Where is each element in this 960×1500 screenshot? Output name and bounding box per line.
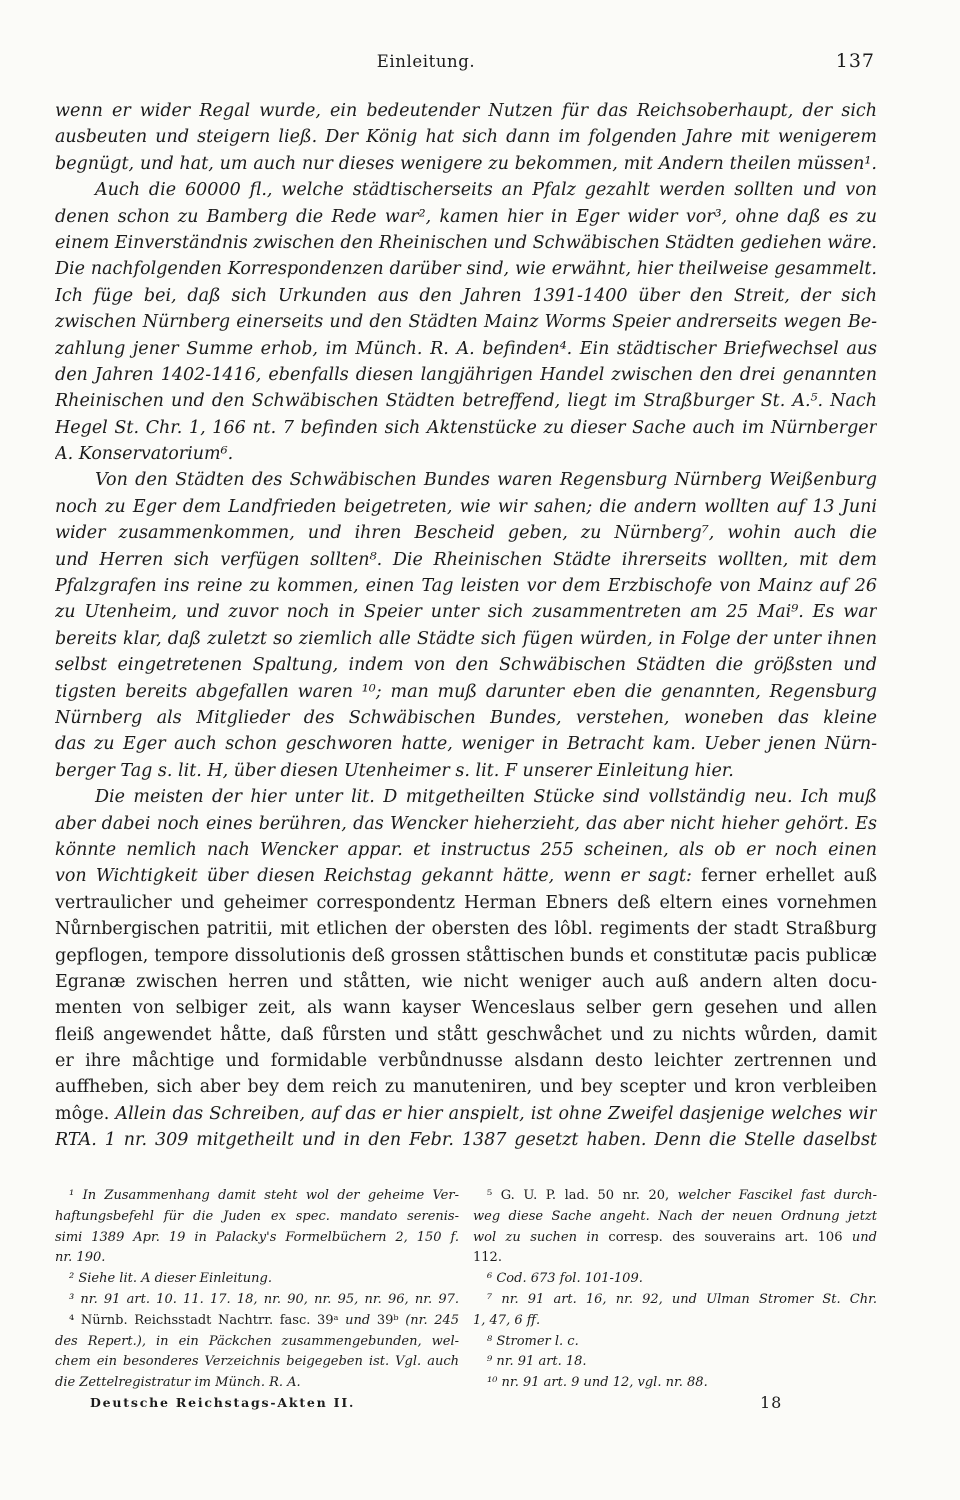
text-line: 20zu Utenheim, und zuvor noch in Speier … xyxy=(55,599,877,625)
italic-text-run: nr. 190. xyxy=(55,1250,105,1265)
text-line: einem Einverständnis zwischen den Rheini… xyxy=(55,230,877,256)
roman-text-run: 39ᵇ xyxy=(377,1313,405,1328)
roman-text-run: menten von selbiger zeit, als wann kayse… xyxy=(55,998,877,1018)
book-page: Einleitung. 137 wenn er wider Regal wurd… xyxy=(0,0,960,1500)
text-line: tigsten bereits abgefallen waren ¹⁰; man… xyxy=(55,679,877,705)
text-line: weg diese Sache angeht. Nach der neuen O… xyxy=(473,1207,877,1228)
roman-text-run: Nůrnbergischen patritii, mit etlichen de… xyxy=(55,919,877,939)
text-line: noch zu Eger dem Landfrieden beigetreten… xyxy=(55,494,877,520)
text-line: Rheinischen und den Schwäbischen Städten… xyxy=(55,388,877,414)
text-line: fleiß angewendet håtte, daß fůrsten und … xyxy=(55,1022,877,1048)
italic-text-run: und Herren sich verfügen sollten⁸. Die R… xyxy=(55,550,877,570)
italic-text-run: aber dabei noch eines berühren, das Wenc… xyxy=(55,814,877,834)
italic-text-run: Ich füge bei, daß sich Urkunden aus den … xyxy=(55,286,877,306)
italic-text-run: zahlung jener Summe erhob, im Münch. R. … xyxy=(55,339,877,359)
text-line: 112. xyxy=(473,1248,877,1269)
italic-text-run: ⁷ nr. 91 art. 16, nr. 92, und Ulman Stro… xyxy=(487,1292,877,1307)
italic-text-run: von Wichtigkeit über diesen Reichstag ge… xyxy=(55,866,701,886)
italic-text-run: ⁶ Cod. 673 fol. 101-109. xyxy=(487,1271,643,1286)
text-line: wol zu suchen in corresp. des souverains… xyxy=(473,1228,877,1249)
text-line: vertraulicher und geheimer correspondent… xyxy=(55,890,877,916)
italic-text-run: (nr. 245 xyxy=(405,1313,459,1328)
text-line: ⁷ nr. 91 art. 16, nr. 92, und Ulman Stro… xyxy=(473,1290,877,1311)
italic-text-run: Die nachfolgenden Korrespondenzen darübe… xyxy=(55,259,877,279)
italic-text-run: wenn er wider Regal wurde, ein bedeutend… xyxy=(55,101,877,121)
text-line: könnte nemlich nach Wencker appar. et in… xyxy=(55,837,877,863)
roman-text-run: fleiß angewendet håtte, daß fůrsten und … xyxy=(55,1025,877,1045)
italic-text-run: Auch die 60000 fl., welche städtischerse… xyxy=(95,180,877,200)
text-line: ¹ In Zusammenhang damit steht wol der ge… xyxy=(55,1186,459,1207)
italic-text-run: ¹⁰ nr. 91 art. 9 und 12, vgl. nr. 88. xyxy=(487,1375,708,1390)
italic-text-run: Von den Städten des Schwäbischen Bundes … xyxy=(95,470,877,490)
roman-text-run: corresp. des souverains art. 106 xyxy=(608,1230,852,1245)
text-line: Ich füge bei, daß sich Urkunden aus den … xyxy=(55,283,877,309)
footnotes-right-column: ⁵ G. U. P. lad. 50 nr. 20, welcher Fasci… xyxy=(473,1186,877,1394)
italic-text-run: und xyxy=(345,1313,377,1328)
text-line: chem ein besonderes Verzeichnis beigegeb… xyxy=(55,1352,459,1373)
text-line: berger Tag s. lit. H, über diesen Utenhe… xyxy=(55,758,877,784)
text-line: ⁶ Cod. 673 fol. 101-109. xyxy=(473,1269,877,1290)
italic-text-run: ausbeuten und steigern ließ. Der König h… xyxy=(55,127,877,147)
text-line: auffheben, sich aber bey dem reich zu ma… xyxy=(55,1074,877,1100)
italic-text-run: zu Utenheim, und zuvor noch in Speier un… xyxy=(55,602,877,622)
italic-text-run: Pfalzgrafen ins reine zu kommen, einen T… xyxy=(55,576,877,599)
text-line: haftungsbefehl für die Juden ex spec. ma… xyxy=(55,1207,459,1228)
footnotes-left-column: ¹ In Zusammenhang damit steht wol der ge… xyxy=(55,1186,459,1394)
italic-text-run: berger Tag s. lit. H, über diesen Utenhe… xyxy=(55,761,734,781)
italic-text-run: einem Einverständnis zwischen den Rheini… xyxy=(55,233,877,253)
roman-text-run: vertraulicher und geheimer correspondent… xyxy=(55,893,877,913)
italic-text-run: wol zu suchen in xyxy=(473,1230,608,1245)
roman-text-run: gepflogen, tempore dissolutionis deß gro… xyxy=(55,946,877,966)
text-line: ⁸ Stromer l. c. xyxy=(473,1332,877,1353)
text-line: Nůrnbergischen patritii, mit etlichen de… xyxy=(55,916,877,942)
text-line: selbst eingetretenen Spaltung, indem von… xyxy=(55,652,877,678)
italic-text-run: noch zu Eger dem Landfrieden beigetreten… xyxy=(55,497,877,517)
text-line: bereits klar, daß zuletzt so ziemlich al… xyxy=(55,626,877,652)
text-line: ausbeuten und steigern ließ. Der König h… xyxy=(55,124,877,150)
text-line: 50die Zettelregistratur im Münch. R. A. xyxy=(55,1373,459,1394)
text-line: 5denen schon zu Bamberg die Rede war², k… xyxy=(55,204,877,230)
italic-text-run: wider zusammenkommen, und ihren Bescheid… xyxy=(55,523,877,546)
italic-text-run: Nürnberg als Mitglieder des Schwäbischen… xyxy=(55,708,877,731)
text-line: môge. Allein das Schreiben, auf das er h… xyxy=(55,1101,877,1127)
text-line: den Jahren 1402-1416, ebenfalls diesen l… xyxy=(55,362,877,388)
italic-text-run: A. Konservatorium⁶. xyxy=(55,444,233,464)
italic-text-run: chem ein besonderes Verzeichnis beigegeb… xyxy=(55,1354,459,1369)
roman-text-run: ⁵ G. U. P. lad. 50 nr. 20, xyxy=(487,1188,678,1203)
text-line: wider zusammenkommen, und ihren Bescheid… xyxy=(55,520,877,546)
text-line: Die nachfolgenden Korrespondenzen darübe… xyxy=(55,256,877,282)
text-line: ³ nr. 91 art. 10. 11. 17. 18, nr. 90, nr… xyxy=(55,1290,459,1311)
italic-text-run: Allein das Schreiben, auf das er hier an… xyxy=(115,1104,877,1124)
text-line: 15Von den Städten des Schwäbischen Bunde… xyxy=(55,467,877,493)
text-line: er ihre måchtige und formidable verbůndn… xyxy=(55,1048,877,1074)
running-header-title: Einleitung. xyxy=(55,52,797,71)
italic-text-run: 1, 47, 6 ff. xyxy=(473,1313,540,1328)
text-line: A. Konservatorium⁶. xyxy=(55,441,877,467)
roman-text-run: 112. xyxy=(473,1250,502,1265)
italic-text-run: ⁸ Stromer l. c. xyxy=(487,1334,579,1349)
roman-text-run: môge. xyxy=(55,1104,115,1124)
text-line: ¹⁰ nr. 91 art. 9 und 12, vgl. nr. 88. xyxy=(473,1373,877,1394)
italic-text-run: tigsten bereits abgefallen waren ¹⁰; man… xyxy=(55,682,877,705)
italic-text-run: begnügt, und hat, um auch nur dieses wen… xyxy=(55,154,877,174)
series-title: Deutsche Reichstags-Akten II. xyxy=(90,1395,355,1410)
italic-text-run: und xyxy=(852,1230,877,1245)
text-line: ⁴ Nürnb. Reichsstadt Nachtrr. fasc. 39ᵃ … xyxy=(55,1311,459,1332)
text-line: des Repert.), in ein Päckchen zusammenge… xyxy=(55,1332,459,1353)
italic-text-run: zwischen Nürnberg einerseits und den Stä… xyxy=(55,312,877,332)
sheet-signature-number: 18 xyxy=(760,1393,782,1412)
text-line: Die meisten der hier unter lit. D mitget… xyxy=(55,784,877,810)
text-line: 40RTA. 1 nr. 309 mitgetheilt und in den … xyxy=(55,1127,877,1153)
text-line: Auch die 60000 fl., welche städtischerse… xyxy=(55,177,877,203)
italic-text-run: ² Siehe lit. A dieser Einleitung. xyxy=(69,1271,272,1286)
text-line: nr. 190. xyxy=(55,1248,459,1269)
text-line: Pfalzgrafen ins reine zu kommen, einen T… xyxy=(55,573,877,599)
roman-text-run: auffheben, sich aber bey dem reich zu ma… xyxy=(55,1077,877,1097)
text-line: 1, 47, 6 ff. xyxy=(473,1311,877,1332)
italic-text-run: weg diese Sache angeht. Nach der neuen O… xyxy=(473,1209,877,1224)
text-line: Hegel St. Chr. 1, 166 nt. 7 befinden sic… xyxy=(55,415,877,441)
text-line: ⁹ nr. 91 art. 18. xyxy=(473,1352,877,1373)
text-line: 10zahlung jener Summe erhob, im Münch. R… xyxy=(55,336,877,362)
italic-text-run: ¹ In Zusammenhang damit steht wol der ge… xyxy=(69,1188,459,1203)
italic-text-run: simi 1389 Apr. 19 in Palacky's Formelbüc… xyxy=(55,1230,459,1245)
italic-text-run: bereits klar, daß zuletzt so ziemlich al… xyxy=(55,629,877,649)
roman-text-run: ⁴ Nürnb. Reichsstadt Nachtrr. fasc. 39ᵃ xyxy=(69,1313,345,1328)
text-line: 45² Siehe lit. A dieser Einleitung. xyxy=(55,1269,459,1290)
roman-text-run: Egranæ zwischen herren und ståtten, wie … xyxy=(55,972,877,992)
text-line: aber dabei noch eines berühren, das Wenc… xyxy=(55,811,877,837)
italic-text-run: das zu Eger auch schon geschworen hatte,… xyxy=(55,734,877,754)
text-line: Nürnberg als Mitglieder des Schwäbischen… xyxy=(55,705,877,731)
text-line: begnügt, und hat, um auch nur dieses wen… xyxy=(55,151,877,177)
italic-text-run: die Zettelregistratur im Münch. R. A. xyxy=(55,1375,301,1390)
text-line: 30von Wichtigkeit über diesen Reichstag … xyxy=(55,863,877,889)
roman-text-run: er ihre måchtige und formidable verbůndn… xyxy=(55,1051,877,1071)
text-line: und Herren sich verfügen sollten⁸. Die R… xyxy=(55,547,877,573)
text-line: ⁵ G. U. P. lad. 50 nr. 20, welcher Fasci… xyxy=(473,1186,877,1207)
text-line: simi 1389 Apr. 19 in Palacky's Formelbüc… xyxy=(55,1228,459,1249)
text-line: 35menten von selbiger zeit, als wann kay… xyxy=(55,995,877,1021)
footnotes-section: ¹ In Zusammenhang damit steht wol der ge… xyxy=(55,1186,877,1394)
italic-text-run: welcher Fascikel fast durch- xyxy=(678,1188,877,1203)
text-line: 25das zu Eger auch schon geschworen hatt… xyxy=(55,731,877,757)
italic-text-run: RTA. 1 nr. 309 mitgetheilt und in den Fe… xyxy=(55,1130,877,1150)
main-text-block: wenn er wider Regal wurde, ein bedeutend… xyxy=(55,98,877,1154)
italic-text-run: könnte nemlich nach Wencker appar. et in… xyxy=(55,840,877,863)
page-number: 137 xyxy=(836,50,875,72)
italic-text-run: des Repert.), in ein Päckchen zusammenge… xyxy=(55,1334,459,1349)
italic-text-run: den Jahren 1402-1416, ebenfalls diesen l… xyxy=(55,365,877,385)
page-footer: Deutsche Reichstags-Akten II. 18 xyxy=(55,1393,877,1423)
text-line: zwischen Nürnberg einerseits und den Stä… xyxy=(55,309,877,335)
italic-text-run: Hegel St. Chr. 1, 166 nt. 7 befinden sic… xyxy=(55,418,877,438)
italic-text-run: ⁹ nr. 91 art. 18. xyxy=(487,1354,587,1369)
italic-text-run: Die meisten der hier unter lit. D mitget… xyxy=(95,787,877,807)
text-line: wenn er wider Regal wurde, ein bedeutend… xyxy=(55,98,877,124)
roman-text-run: ferner erhellet auß xyxy=(701,866,877,886)
text-line: Egranæ zwischen herren und ståtten, wie … xyxy=(55,969,877,995)
italic-text-run: selbst eingetretenen Spaltung, indem von… xyxy=(55,655,877,678)
italic-text-run: ³ nr. 91 art. 10. 11. 17. 18, nr. 90, nr… xyxy=(69,1292,459,1307)
italic-text-run: Rheinischen und den Schwäbischen Städten… xyxy=(55,391,877,411)
page-header: Einleitung. 137 xyxy=(55,52,877,78)
text-line: gepflogen, tempore dissolutionis deß gro… xyxy=(55,943,877,969)
italic-text-run: haftungsbefehl für die Juden ex spec. ma… xyxy=(55,1209,459,1224)
italic-text-run: denen schon zu Bamberg die Rede war², ka… xyxy=(55,207,877,227)
